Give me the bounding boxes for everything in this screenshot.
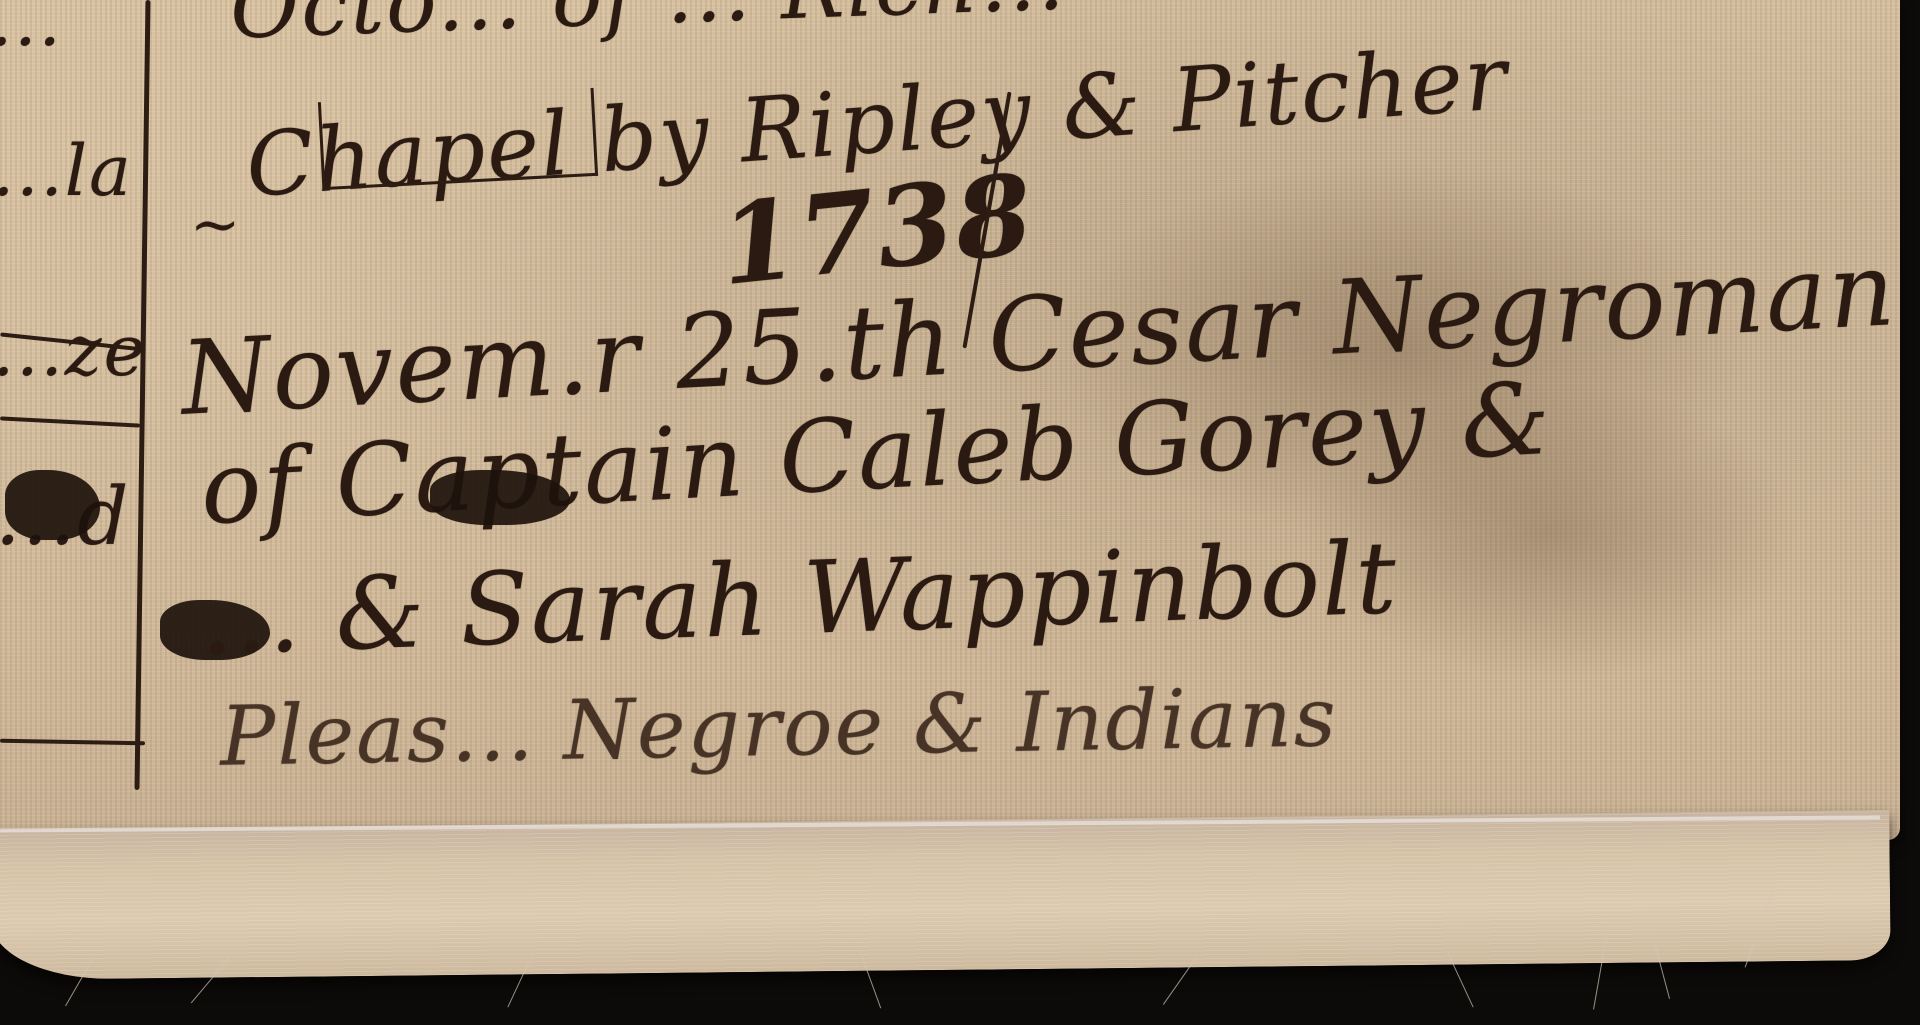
- ink-mark: ~: [190, 190, 242, 260]
- photo-scene: ... ...la ...ze ...d Octo... of ... Rich…: [0, 0, 1920, 1025]
- underline-box: [318, 88, 598, 190]
- handwriting-line-5: Pleas... Negroe & Indians: [219, 670, 1338, 784]
- left-fragment: ...: [0, 0, 63, 62]
- fabric-hem: [0, 810, 1891, 980]
- left-fragment: ...ze: [0, 310, 147, 392]
- left-fragment: ...la: [0, 130, 133, 212]
